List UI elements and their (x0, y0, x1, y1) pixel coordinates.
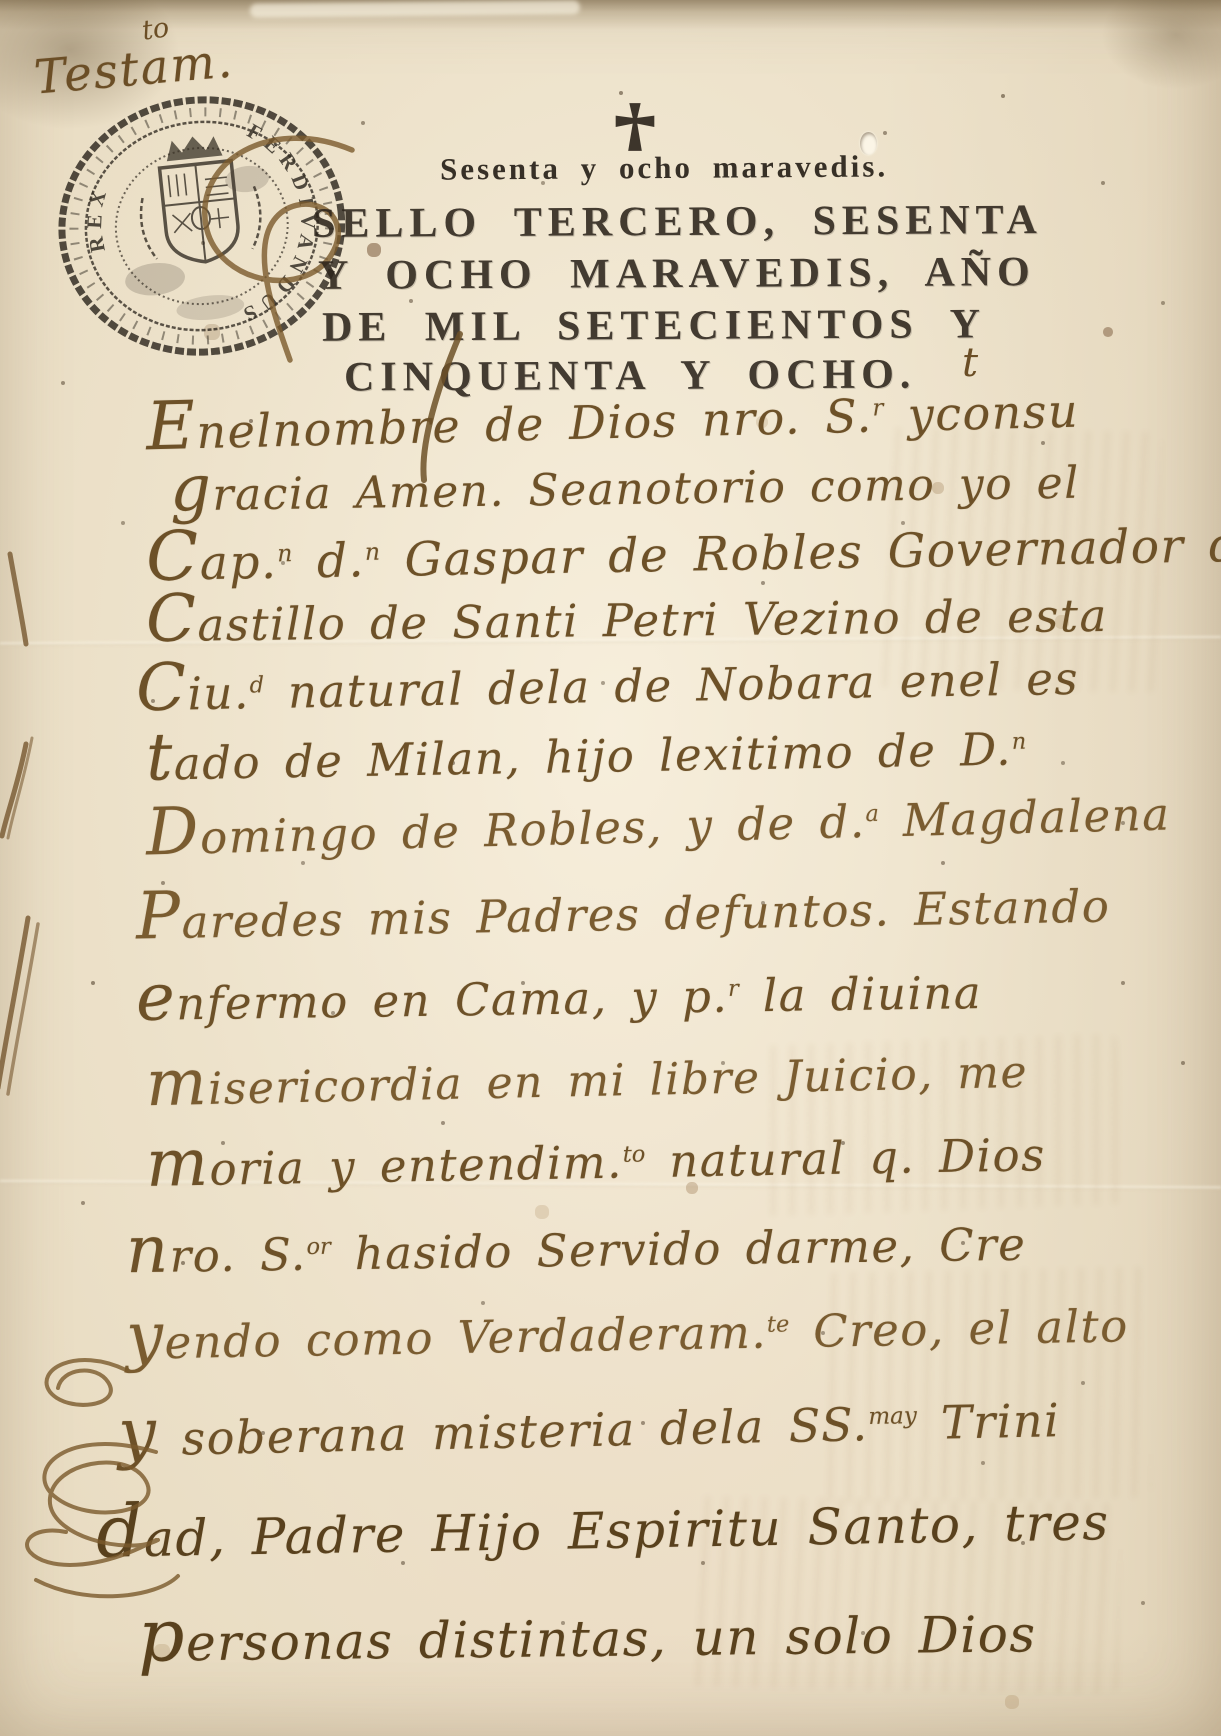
top-right-corner-shadow (1101, 0, 1221, 90)
manuscript-line-16: personas distintas, un solo Dios (138, 1591, 1037, 1673)
maltese-cross-icon (612, 102, 658, 152)
foxing-stains (0, 0, 4, 4)
torn-top-edge (0, 0, 1221, 30)
manuscript-line-12: nro. S.or hasido Servido darme, Cre (126, 1206, 1027, 1284)
manuscript-line-7: Domingo de Robles, y de d.a Magdalena (145, 775, 1171, 865)
margin-note-superscript: to (140, 12, 171, 46)
binding-thread-marks (0, 548, 116, 1108)
manuscript-line-6: tado de Milan, hijo lexitimo de D.n (145, 710, 1026, 791)
tax-value-line: Sesenta y ocho maravedis. (440, 148, 888, 187)
sello-block-line-1: SELLO TERCERO, SESENTA (312, 196, 1043, 248)
scanned-document-page: Testam. to FERDIVANDUS REX (0, 0, 1221, 1736)
seal-rim-text-left: REX (77, 179, 120, 255)
manuscript-line-9: enfermo en Cama, y p.r la diuina (136, 954, 983, 1031)
sello-block-line-2: Y OCHO MARAVEDIS, AÑO (318, 248, 1036, 300)
manuscript-line-5: Ciu.d natural dela de Nobara enel es (136, 640, 1080, 722)
manuscript-line-8: Paredes mis Padres defuntos. Estando (136, 868, 1111, 950)
margin-scribble-flourish (6, 1330, 216, 1620)
